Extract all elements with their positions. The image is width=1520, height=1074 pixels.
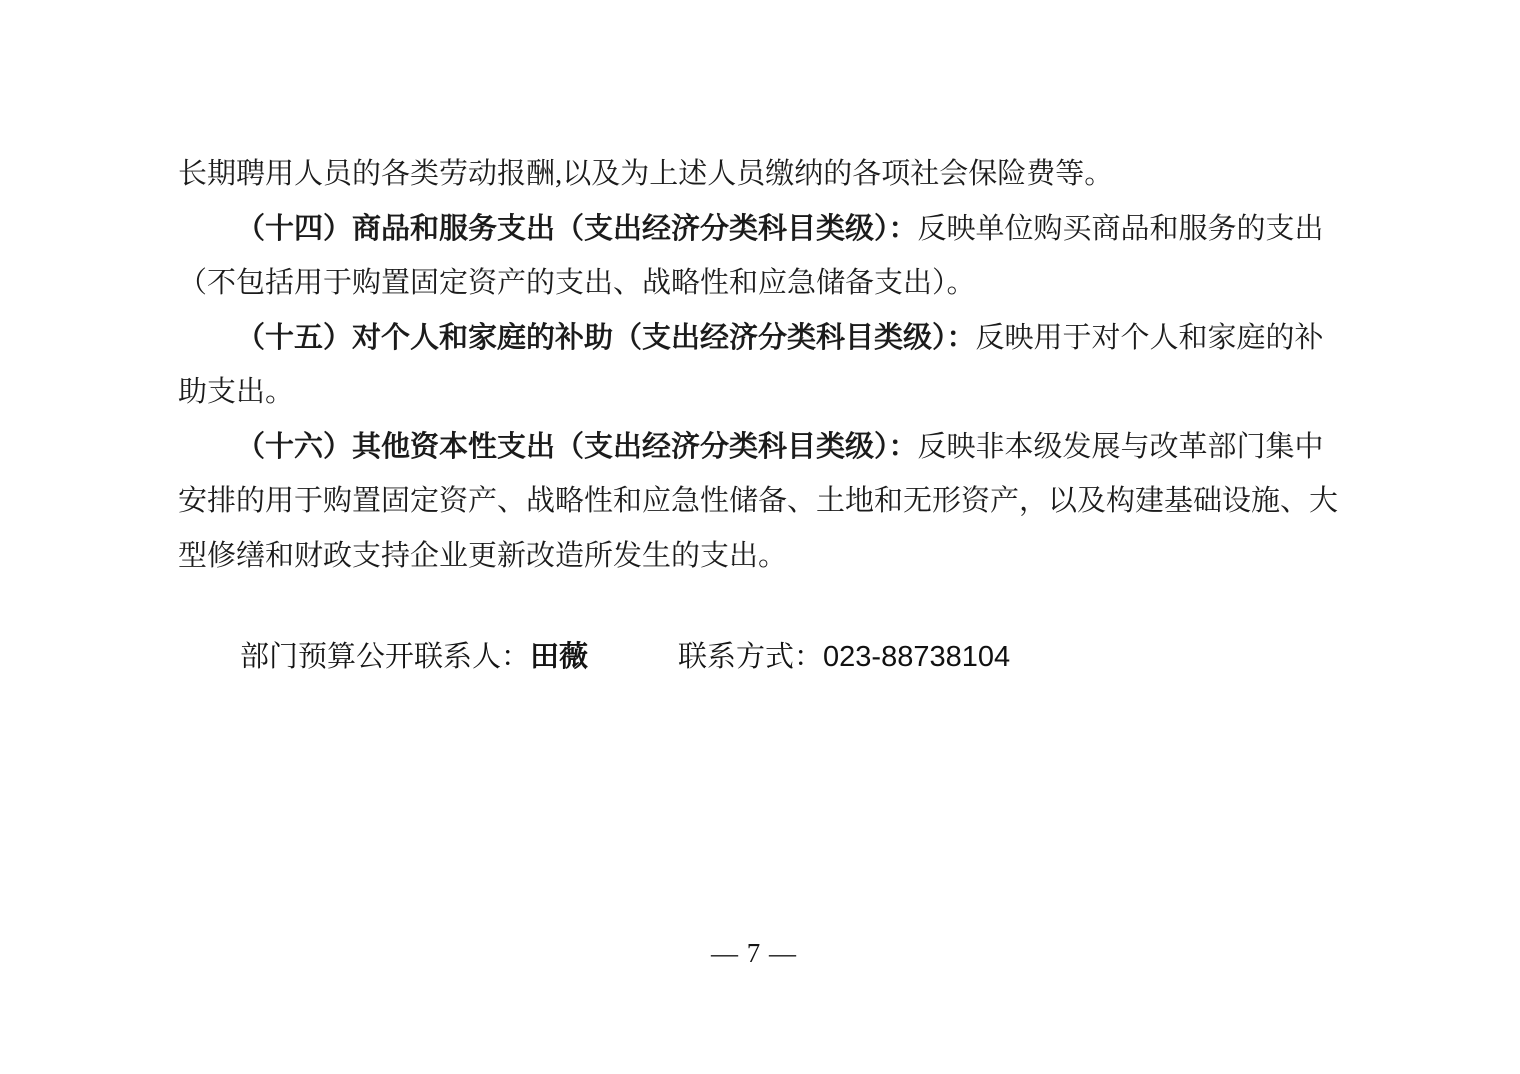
line-6-text: 反映非本级发展与改革部门集中: [918, 431, 1324, 463]
line-1-text: 长期聘用人员的各类劳动报酬,以及为上述人员缴纳的各项社会保险费等。: [178, 158, 1113, 190]
body-line-5: 助支出。: [178, 365, 1340, 420]
body-line-6-item-16: （十六）其他资本性支出（支出经济分类科目类级）：反映非本级发展与改革部门集中: [178, 420, 1340, 475]
line-2-bold-head: （十四）商品和服务支出（支出经济分类科目类级）：: [236, 213, 918, 245]
contact-person-label: 部门预算公开联系人：: [240, 641, 530, 673]
line-7-text: 安排的用于购置固定资产、战略性和应急性储备、土地和无形资产，以及构建基础设施、大: [178, 485, 1338, 517]
body-line-4-item-15: （十五）对个人和家庭的补助（支出经济分类科目类级）：反映用于对个人和家庭的补: [178, 311, 1340, 366]
document-text-block: 长期聘用人员的各类劳动报酬,以及为上述人员缴纳的各项社会保险费等。 （十四）商品…: [178, 147, 1340, 583]
contact-method-label: 联系方式：: [678, 641, 823, 673]
line-2-text: 反映单位购买商品和服务的支出: [918, 213, 1324, 245]
line-8-text: 型修缮和财政支持企业更新改造所发生的支出。: [178, 540, 787, 572]
body-line-7: 安排的用于购置固定资产、战略性和应急性储备、土地和无形资产，以及构建基础设施、大: [178, 474, 1340, 529]
line-4-text: 反映用于对个人和家庭的补: [976, 322, 1324, 354]
document-page: 长期聘用人员的各类劳动报酬,以及为上述人员缴纳的各项社会保险费等。 （十四）商品…: [0, 0, 1520, 1074]
contact-person-name: 田薇: [530, 641, 588, 673]
body-line-1: 长期聘用人员的各类劳动报酬,以及为上述人员缴纳的各项社会保险费等。: [178, 147, 1340, 202]
line-4-bold-head: （十五）对个人和家庭的补助（支出经济分类科目类级）：: [236, 322, 976, 354]
contact-line: 部门预算公开联系人：田薇联系方式：023-88738104: [178, 630, 1402, 685]
page-number: — 7 —: [0, 936, 1508, 970]
body-line-3: （不包括用于购置固定资产的支出、战略性和应急储备支出）。: [178, 256, 1340, 311]
line-6-bold-head: （十六）其他资本性支出（支出经济分类科目类级）：: [236, 431, 918, 463]
line-5-text: 助支出。: [178, 376, 294, 408]
contact-phone-number: 023-88738104: [823, 641, 1010, 673]
line-3-text: （不包括用于购置固定资产的支出、战略性和应急储备支出）。: [178, 267, 976, 299]
body-line-8: 型修缮和财政支持企业更新改造所发生的支出。: [178, 529, 1340, 584]
body-line-2-item-14: （十四）商品和服务支出（支出经济分类科目类级）：反映单位购买商品和服务的支出: [178, 202, 1340, 257]
